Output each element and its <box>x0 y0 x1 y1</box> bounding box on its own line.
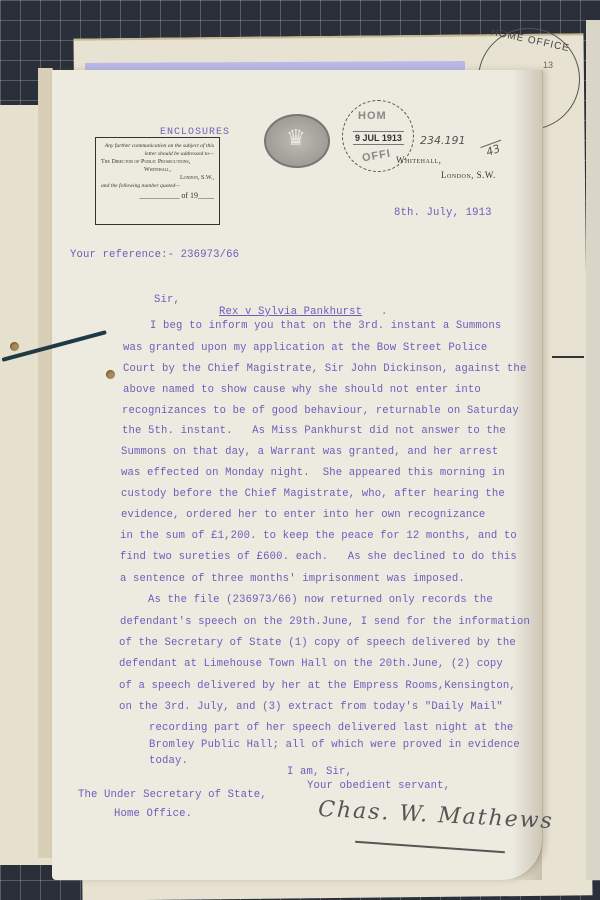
body-line: the 5th. instant. As Miss Pankhurst did … <box>122 425 506 437</box>
body-line: Bromley Public Hall; all of which were p… <box>149 739 520 751</box>
closing-line-2: Your obedient servant, <box>307 780 450 792</box>
folder-edge <box>38 68 53 858</box>
body-line: today. <box>149 755 188 767</box>
body-line: I beg to inform you that on the 3rd. ins… <box>124 320 501 332</box>
file-number: 234.191 <box>420 134 466 147</box>
body-line: custody before the Chief Magistrate, who… <box>121 488 505 500</box>
subject-line: Rex v Sylvia Pankhurst <box>219 306 362 318</box>
letterhead-line-2: London, S.W. <box>441 170 496 180</box>
background-sheet-edge <box>586 20 600 880</box>
body-line: find two sureties of £600. each. As she … <box>120 551 517 563</box>
reply-ref-line: __________ of 19____ <box>101 192 214 200</box>
royal-seal-icon <box>264 114 330 168</box>
body-line: defendant at Limehouse Town Hall on the … <box>119 658 503 670</box>
addressee-line-1: The Under Secretary of State, <box>78 789 267 801</box>
body-line: evidence, ordered her to enter into her … <box>121 509 485 521</box>
body-line: in the sum of £1,200. to keep the peace … <box>120 530 517 542</box>
background-postmark-year: 13 <box>543 60 553 70</box>
body-line: Court by the Chief Magistrate, Sir John … <box>123 363 526 375</box>
reply-city: London, S.W., <box>101 174 214 182</box>
body-line: defendant's speech on the 29th.June, I s… <box>120 616 530 628</box>
body-line: recording part of her speech delivered l… <box>149 722 513 734</box>
subject-period: . <box>381 306 388 318</box>
postmark-top-text: HOM <box>358 110 387 122</box>
letterhead-line-1: Whitehall, <box>396 155 441 165</box>
reply-quote-instruction: and the following number quoted— <box>101 182 214 190</box>
body-line: was effected on Monday night. She appear… <box>121 467 505 479</box>
punch-hole-icon <box>10 342 19 351</box>
body-line: of the Secretary of State (1) copy of sp… <box>119 637 516 649</box>
addressee-line-2: Home Office. <box>114 808 192 820</box>
postmark-date: 9 JUL 1913 <box>353 131 404 145</box>
reply-address-box: Any further communication on the subject… <box>95 137 220 225</box>
punch-hole-icon <box>106 370 115 379</box>
letter-date: 8th. July, 1913 <box>394 207 492 219</box>
body-line: above named to show cause why she should… <box>123 384 481 396</box>
your-reference: Your reference:- 236973/66 <box>70 249 239 261</box>
closing-line-1: I am, Sir, <box>287 766 352 778</box>
body-line: a sentence of three months' imprisonment… <box>120 573 465 585</box>
body-line: was granted upon my application at the B… <box>123 342 487 354</box>
margin-rule <box>552 356 584 358</box>
body-line: recognizances to be of good behaviour, r… <box>122 405 519 417</box>
body-line: Summons on that day, a Warrant was grant… <box>121 446 498 458</box>
reply-instruction: Any further communication on the subject… <box>101 142 214 158</box>
salutation: Sir, <box>154 294 180 306</box>
body-line: on the 3rd. July, and (3) extract from t… <box>119 701 503 713</box>
reply-street: Whitehall, <box>101 166 214 174</box>
body-line: As the file (236973/66) now returned onl… <box>122 594 493 606</box>
reply-recipient: The Director of Public Prosecutions, <box>101 158 214 166</box>
body-line: of a speech delivered by her at the Empr… <box>119 680 516 692</box>
